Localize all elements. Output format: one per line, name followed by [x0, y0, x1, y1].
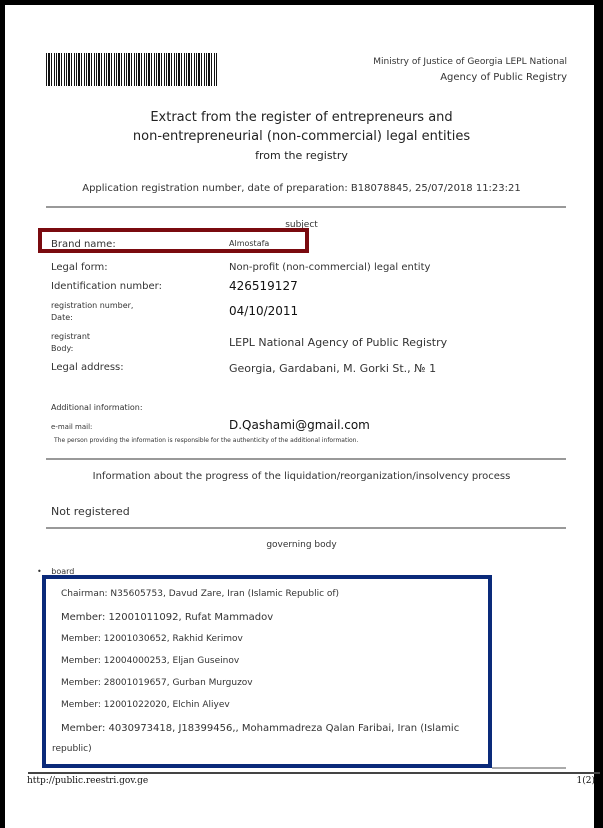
board-member-continued: republic) [52, 744, 92, 754]
barcode [46, 53, 218, 86]
board-member: Member: 12001030652, Rakhid Kerimov [61, 634, 243, 644]
footer-url: http://public.reestri.gov.ge [27, 776, 148, 786]
divider [46, 206, 566, 208]
agency-line2: Agency of Public Registry [373, 70, 567, 85]
page-number: 1(2) [577, 776, 595, 786]
field-label: Identification number: [51, 281, 231, 293]
field-value: Almostafa [229, 239, 269, 248]
agency-line1: Ministry of Justice of Georgia LEPL Nati… [373, 55, 567, 70]
field-value: 426519127 [229, 279, 298, 293]
field-value: Georgia, Gardabani, M. Gorki St., № 1 [229, 362, 436, 375]
field-value: 04/10/2011 [229, 304, 298, 318]
application-info: Application registration number, date of… [0, 183, 603, 194]
field-label: registrantBody: [51, 331, 231, 355]
title-line2: non-entrepreneurial (non-commercial) leg… [0, 127, 603, 146]
field-value: D.Qashami@gmail.com [229, 418, 370, 432]
document-title: Extract from the register of entrepreneu… [0, 108, 603, 165]
board-member: Member: 12001011092, Rufat Mammadov [61, 612, 273, 623]
title-sub: from the registry [0, 146, 603, 165]
board-member: Chairman: N35605753, Davud Zare, Iran (I… [61, 589, 339, 599]
field-label: Legal form: [51, 262, 231, 274]
field-label: e-mail mail: [51, 421, 231, 433]
board-member: Member: 28001019657, Gurban Murguzov [61, 678, 253, 688]
title-line1: Extract from the register of entrepreneu… [0, 108, 603, 127]
divider [46, 527, 566, 529]
field-label: Legal address: [51, 362, 231, 374]
field-value: Non-profit (non-commercial) legal entity [229, 262, 430, 273]
board-member: Member: 12001022020, Elchin Aliyev [61, 700, 230, 710]
field-label: registration number,Date: [51, 300, 231, 324]
field-label: Brand name: [51, 239, 231, 251]
divider [492, 767, 566, 769]
bullet-icon: • [37, 567, 42, 576]
liquidation-heading: Information about the progress of the li… [0, 471, 603, 482]
governing-heading: governing body [0, 540, 603, 550]
divider [46, 458, 566, 460]
liquidation-status: Not registered [51, 505, 130, 518]
disclaimer: The person providing the information is … [54, 437, 358, 444]
board-member: Member: 12004000253, Eljan Guseinov [61, 656, 239, 666]
field-value: LEPL National Agency of Public Registry [229, 336, 447, 349]
board-member: Member: 4030973418, J18399456,, Mohammad… [61, 723, 459, 734]
board-highlight-box [42, 575, 492, 768]
footer-divider [28, 772, 600, 774]
agency-header: Ministry of Justice of Georgia LEPL Nati… [373, 55, 567, 85]
